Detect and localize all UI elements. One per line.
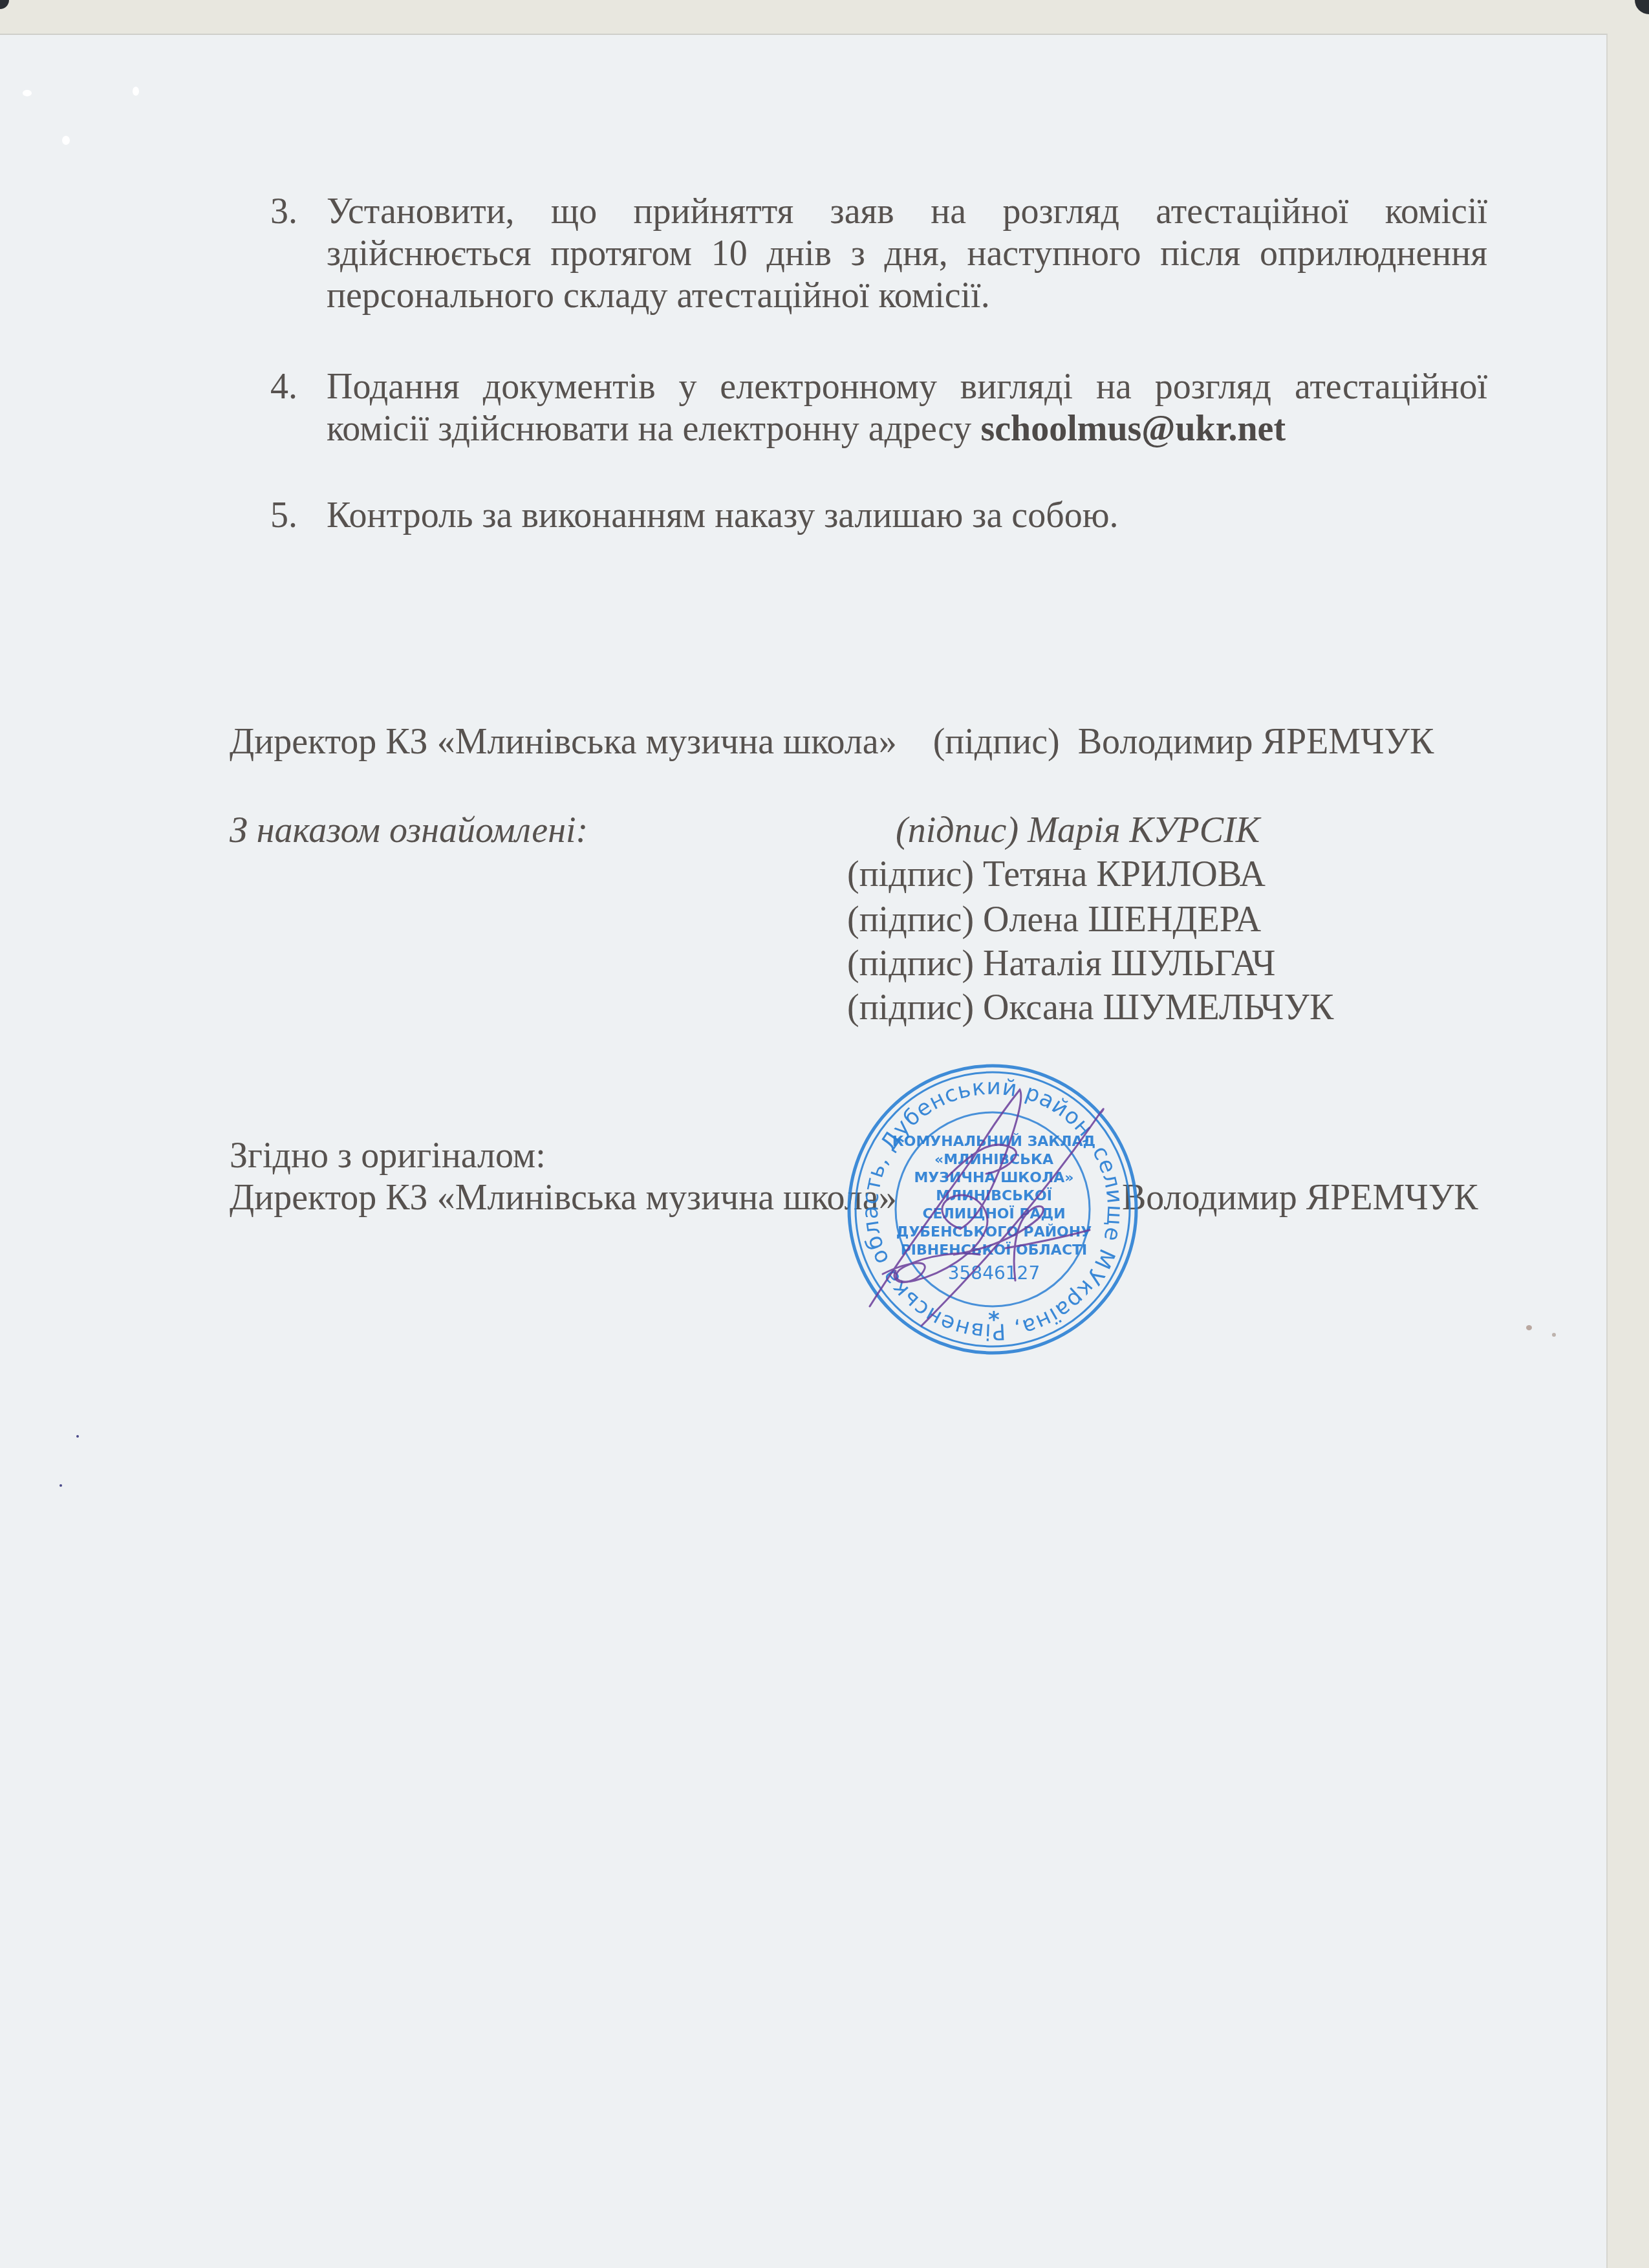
signature-mark: (підпис) [847, 854, 974, 894]
signatory-row: (підпис) Олена ШЕНДЕРА [847, 899, 1261, 941]
signatory-row: (підпис) Марія КУРСІК [896, 810, 1260, 852]
signatory-row: (підпис) Оксана ШУМЕЛЬЧУК [847, 987, 1333, 1029]
stamp-star: * [988, 1307, 1000, 1333]
signature-mark: (підпис) [896, 810, 1018, 850]
scan-speck [133, 87, 139, 96]
signatory-name: Олена ШЕНДЕРА [983, 900, 1261, 940]
stamp-line: ДУБЕНСЬКОГО РАЙОНУ [896, 1224, 1092, 1240]
scan-speck [76, 1435, 79, 1438]
signature-mark: (підпис) [933, 722, 1060, 762]
signature-mark: (підпис) [847, 900, 974, 940]
email-address: schoolmus@ukr.net [980, 409, 1286, 449]
stamp-seal-icon: Україна, Рівненська область, Дубенський … [844, 1061, 1141, 1358]
signature-mark: (підпис) [847, 944, 974, 984]
stamp-line: «МЛИНІВСЬКА [934, 1152, 1053, 1168]
signatory-name: Оксана ШУМЕЛЬЧУК [983, 988, 1333, 1028]
list-item-text: Подання документів у електронному вигляд… [327, 366, 1487, 450]
scanner-corner [0, 0, 9, 9]
certification-label: Згідно з оригіналом: [230, 1135, 546, 1177]
signature-mark: (підпис) [847, 988, 974, 1028]
scan-speck [62, 136, 70, 145]
list-item-3: 3. Установити, що прийняття заяв на розг… [270, 191, 1487, 317]
signatory-row: (підпис) Наталія ШУЛЬГАЧ [847, 943, 1275, 985]
signatory-name: Тетяна КРИЛОВА [983, 854, 1266, 894]
director-position: Директор КЗ «Млинівська музична школа» [230, 722, 897, 762]
list-item-5: 5. Контроль за виконанням наказу залишаю… [270, 495, 1487, 537]
certification-position: Директор КЗ «Млинівська музична школа» [230, 1177, 897, 1219]
scanner-corner [1635, 0, 1649, 14]
official-stamp: Україна, Рівненська область, Дубенський … [844, 1061, 1141, 1358]
list-number: 3. [270, 191, 297, 233]
certification-name: Володимир ЯРЕМЧУК [1122, 1177, 1478, 1219]
list-item-4: 4. Подання документів у електронному виг… [270, 366, 1487, 450]
list-item-text: Контроль за виконанням наказу залишаю за… [327, 495, 1487, 537]
scan-speck [1552, 1333, 1556, 1337]
scan-speck [59, 1484, 62, 1487]
scan-speck [23, 90, 32, 96]
stamp-line: КОМУНАЛЬНИЙ ЗАКЛАД [892, 1133, 1095, 1150]
list-item-text-content: Подання документів у електронному вигляд… [327, 367, 1487, 449]
signatory-row: (підпис) Тетяна КРИЛОВА [847, 854, 1266, 896]
director-signature-line: Директор КЗ «Млинівська музична школа» (… [230, 721, 1434, 763]
stamp-code: 35846127 [948, 1262, 1040, 1284]
signatory-name: Марія КУРСІК [1028, 810, 1260, 850]
list-number: 5. [270, 495, 297, 537]
list-number: 4. [270, 366, 297, 408]
director-name: Володимир ЯРЕМЧУК [1078, 722, 1434, 762]
signatory-name: Наталія ШУЛЬГАЧ [983, 944, 1275, 984]
list-item-text: Установити, що прийняття заяв на розгляд… [327, 191, 1487, 317]
acknowledged-label: З наказом ознайомлені: [230, 810, 588, 852]
scan-speck [1526, 1325, 1532, 1330]
